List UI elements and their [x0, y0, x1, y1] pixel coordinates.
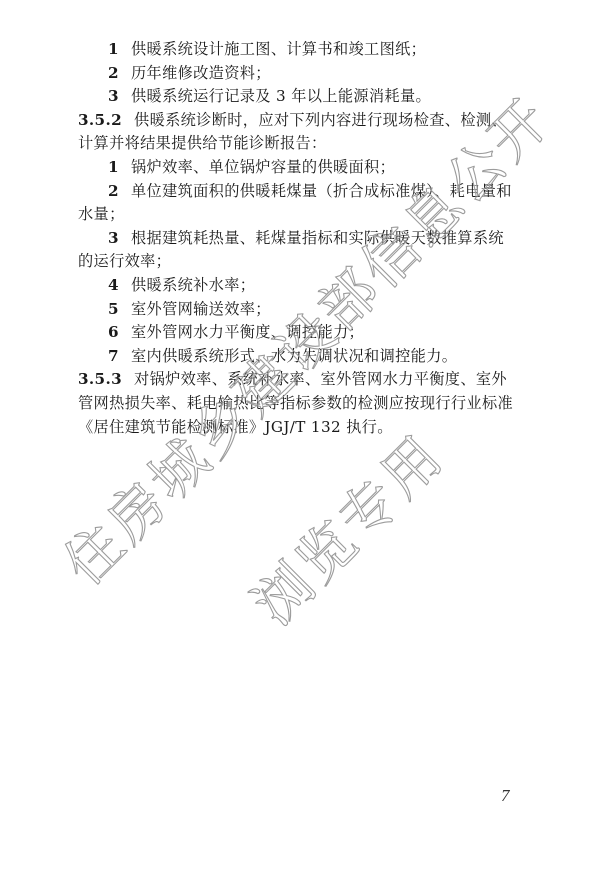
- clause-heading: 3.5.2供暖系统诊断时，应对下列内容进行现场检查、检测、: [78, 109, 524, 133]
- list-item: 4供暖系统补水率；: [78, 274, 524, 298]
- item-continuation: 水量；: [78, 203, 524, 227]
- item-text: 室内供暖系统形式、水力失调状况和调控能力。: [131, 347, 457, 365]
- item-number: 2: [108, 62, 131, 86]
- list-item: 3供暖系统运行记录及 3 年以上能源消耗量。: [78, 85, 524, 109]
- item-number: 1: [108, 38, 131, 62]
- clause-continuation: 管网热损失率、耗电输热比等指标参数的检测应按现行行业标准: [78, 392, 524, 416]
- clause-number: 3.5.2: [78, 109, 122, 133]
- clause-text: 供暖系统诊断时，应对下列内容进行现场检查、检测、: [134, 111, 507, 129]
- page-content: 1供暖系统设计施工图、计算书和竣工图纸； 2历年维修改造资料； 3供暖系统运行记…: [78, 38, 524, 439]
- clause-text: 对锅炉效率、系统补水率、室外管网水力平衡度、室外: [134, 370, 507, 388]
- list-item: 5室外管网输送效率；: [78, 298, 524, 322]
- list-item: 2单位建筑面积的供暖耗煤量（折合成标准煤）、耗电量和: [78, 180, 524, 204]
- item-continuation: 的运行效率；: [78, 250, 524, 274]
- item-number: 5: [108, 298, 131, 322]
- item-text: 历年维修改造资料；: [131, 64, 271, 82]
- list-item: 2历年维修改造资料；: [78, 62, 524, 86]
- item-text: 锅炉效率、单位锅炉容量的供暖面积；: [131, 158, 395, 176]
- item-text: 供暖系统运行记录及 3 年以上能源消耗量。: [131, 87, 431, 105]
- clause-continuation: 《居住建筑节能检测标准》JGJ/T 132 执行。: [78, 416, 524, 440]
- page-number: 7: [501, 786, 510, 806]
- list-item: 1供暖系统设计施工图、计算书和竣工图纸；: [78, 38, 524, 62]
- item-number: 7: [108, 345, 131, 369]
- watermark-text: 浏览专用: [233, 414, 459, 640]
- item-number: 1: [108, 156, 131, 180]
- item-text: 供暖系统补水率；: [131, 276, 255, 294]
- item-text: 室外管网输送效率；: [131, 300, 271, 318]
- clause-continuation: 计算并将结果提供给节能诊断报告：: [78, 132, 524, 156]
- item-number: 4: [108, 274, 131, 298]
- item-text: 单位建筑面积的供暖耗煤量（折合成标准煤）、耗电量和: [131, 182, 512, 200]
- clause-heading: 3.5.3对锅炉效率、系统补水率、室外管网水力平衡度、室外: [78, 368, 524, 392]
- list-item: 7室内供暖系统形式、水力失调状况和调控能力。: [78, 345, 524, 369]
- clause-number: 3.5.3: [78, 368, 122, 392]
- item-number: 2: [108, 180, 131, 204]
- item-text: 根据建筑耗热量、耗煤量指标和实际供暖天数推算系统: [131, 229, 504, 247]
- item-number: 3: [108, 85, 131, 109]
- list-item: 3根据建筑耗热量、耗煤量指标和实际供暖天数推算系统: [78, 227, 524, 251]
- item-number: 6: [108, 321, 131, 345]
- list-item: 1锅炉效率、单位锅炉容量的供暖面积；: [78, 156, 524, 180]
- item-number: 3: [108, 227, 131, 251]
- item-text: 室外管网水力平衡度、调控能力；: [131, 323, 364, 341]
- item-text: 供暖系统设计施工图、计算书和竣工图纸；: [131, 40, 426, 58]
- list-item: 6室外管网水力平衡度、调控能力；: [78, 321, 524, 345]
- document-page: 1供暖系统设计施工图、计算书和竣工图纸； 2历年维修改造资料； 3供暖系统运行记…: [0, 0, 600, 869]
